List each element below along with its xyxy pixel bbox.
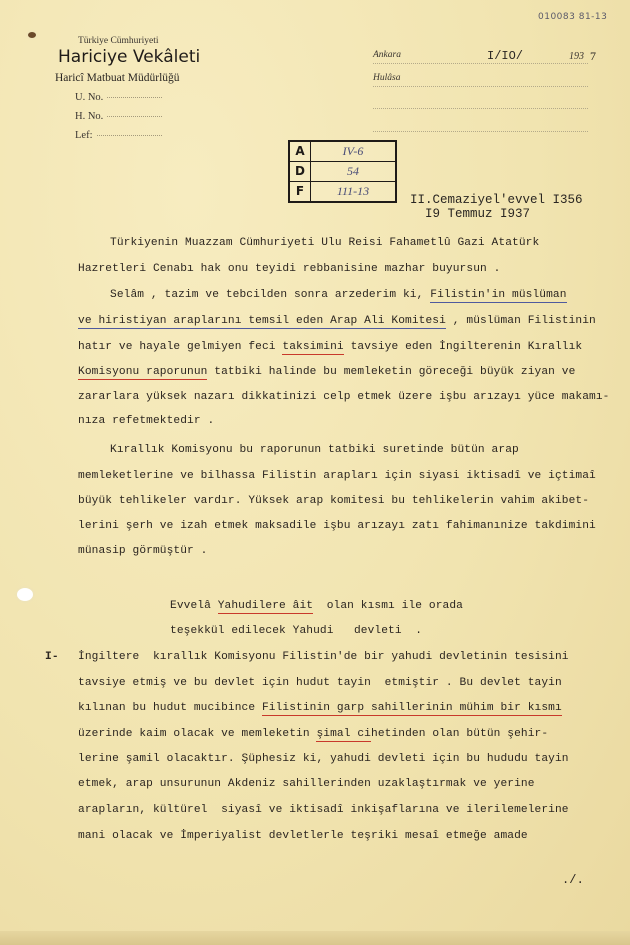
field-h-no: H. No. — [75, 111, 162, 122]
place-label: Ankara — [373, 50, 401, 60]
gregorian-date: I9 Temmuz I937 — [425, 207, 530, 221]
paragraph-line: Selâm , tazim ve tebcilden sonra arzeder… — [110, 289, 567, 301]
paragraph-line: nıza refetmektedir . — [78, 415, 214, 427]
continuation-mark: ./. — [562, 873, 584, 887]
text: , müslüman Filistinin — [446, 315, 596, 327]
field-label: H. No. — [75, 111, 103, 122]
ruled-line — [373, 63, 588, 64]
letterhead-department: Haricî Matbuat Müdürlüğü — [55, 72, 180, 84]
paragraph-line: zararlara yüksek nazarı dikkatinizi celp… — [78, 391, 609, 403]
section-heading: teşekkül edilecek Yahudi devleti . — [170, 625, 422, 637]
text: tavsiye eden İngilterenin Kırallık — [344, 341, 582, 353]
paragraph-line: Komisyonu raporunun tatbiki halinde bu m… — [78, 366, 575, 378]
item-line: kılınan bu hudut mucibince Filistinin ga… — [78, 702, 562, 714]
item-line: İngiltere kırallık Komisyonu Filistin'de… — [78, 651, 569, 663]
paragraph-line: hatır ve hayale gelmiyen feci taksimini … — [78, 341, 582, 353]
stamp-key: F — [290, 182, 311, 201]
ruled-line — [373, 131, 588, 132]
item-number: I- — [45, 651, 59, 663]
archive-stamp: A IV-6 D 54 F 111-13 — [288, 140, 397, 203]
paragraph-line: memleketlerine ve bilhassa Filistin arap… — [78, 470, 596, 482]
salutation-line: Hazretleri Cenabı hak onu teyidi rebbani… — [78, 263, 500, 275]
item-line: mani olacak ve İmperiyalist devletlerle … — [78, 830, 528, 842]
stamp-row: D 54 — [290, 162, 395, 182]
item-line: tavsiye etmiş ve bu devlet için hudut ta… — [78, 677, 562, 689]
stamp-key: D — [290, 162, 311, 181]
paragraph-line: büyük tehlikeler vardır. Yüksek arap kom… — [78, 495, 589, 507]
ruled-line — [373, 86, 588, 87]
underlined-text: Filistinin garp sahillerinin mühim bir k… — [262, 702, 562, 716]
item-line: üzerinde kaim olacak ve memleketin şimal… — [78, 728, 548, 740]
year-typed: 7 — [590, 49, 596, 64]
field-u-no: U. No. — [75, 92, 162, 103]
document-page: 010083 81-13 Türkiye Cümhuriyeti Hariciy… — [0, 0, 630, 945]
stamp-value: 54 — [311, 162, 395, 181]
letterhead-country: Türkiye Cümhuriyeti — [78, 36, 158, 46]
text: hetinden olan bütün şehir- — [371, 728, 548, 740]
paragraph-line: münasip görmüştür . — [78, 545, 207, 557]
archive-number: 010083 81-13 — [538, 12, 607, 22]
text: kılınan bu hudut mucibince — [78, 702, 262, 714]
letterhead-ministry: Hariciye Vekâleti — [58, 47, 200, 67]
field-lef: Lef: — [75, 130, 162, 141]
underlined-text: Yahudilere âit — [218, 600, 313, 614]
underlined-text: Filistin'in müslüman — [430, 289, 566, 303]
stamp-row: F 111-13 — [290, 182, 395, 201]
text: olan kısmı ile orada — [313, 600, 463, 612]
field-label: Lef: — [75, 130, 93, 141]
text: Evvelâ — [170, 600, 218, 612]
stamp-value: IV-6 — [311, 142, 395, 161]
text: hatır ve hayale gelmiyen feci — [78, 341, 282, 353]
year-printed: 193 — [569, 51, 584, 62]
stamp-value: 111-13 — [311, 182, 395, 201]
text: Selâm , tazim ve tebcilden sonra arzeder… — [110, 289, 430, 301]
punch-mark — [28, 32, 36, 38]
salutation-line: Türkiyenin Muazzam Cümhuriyeti Ulu Reisi… — [110, 237, 539, 249]
underlined-text: şimal ci — [316, 728, 371, 742]
punch-hole — [17, 588, 33, 601]
section-heading: Evvelâ Yahudilere âit olan kısmı ile ora… — [170, 600, 463, 612]
item-line: arapların, kültürel siyasî ve iktisadî i… — [78, 804, 569, 816]
ruled-line — [373, 108, 588, 109]
stamp-key: A — [290, 142, 311, 161]
field-label: U. No. — [75, 92, 103, 103]
item-line: etmek, arap unsurunun Akdeniz sahillerin… — [78, 778, 535, 790]
underlined-text: Komisyonu raporunun — [78, 366, 207, 380]
paragraph-line: ve hiristiyan araplarını temsil eden Ara… — [78, 315, 596, 327]
paragraph-line: lerini şerh ve izah etmek maksadile işbu… — [78, 520, 596, 532]
text: üzerinde kaim olacak ve memleketin — [78, 728, 316, 740]
paragraph-line: Kırallık Komisyonu bu raporunun tatbiki … — [110, 444, 519, 456]
underlined-text: taksimini — [282, 341, 343, 355]
letter-date: I/IO/ — [487, 49, 523, 63]
summary-label: Hulâsa — [373, 73, 400, 83]
underlined-text: ve hiristiyan araplarını temsil eden Ara… — [78, 315, 446, 329]
hijri-date: II.Cemaziyel'evvel I356 — [410, 193, 583, 207]
stamp-row: A IV-6 — [290, 142, 395, 162]
text: tatbiki halinde bu memleketin göreceği b… — [207, 366, 575, 378]
item-line: lerine şamil olacaktır. Şüphesiz ki, yah… — [78, 753, 569, 765]
